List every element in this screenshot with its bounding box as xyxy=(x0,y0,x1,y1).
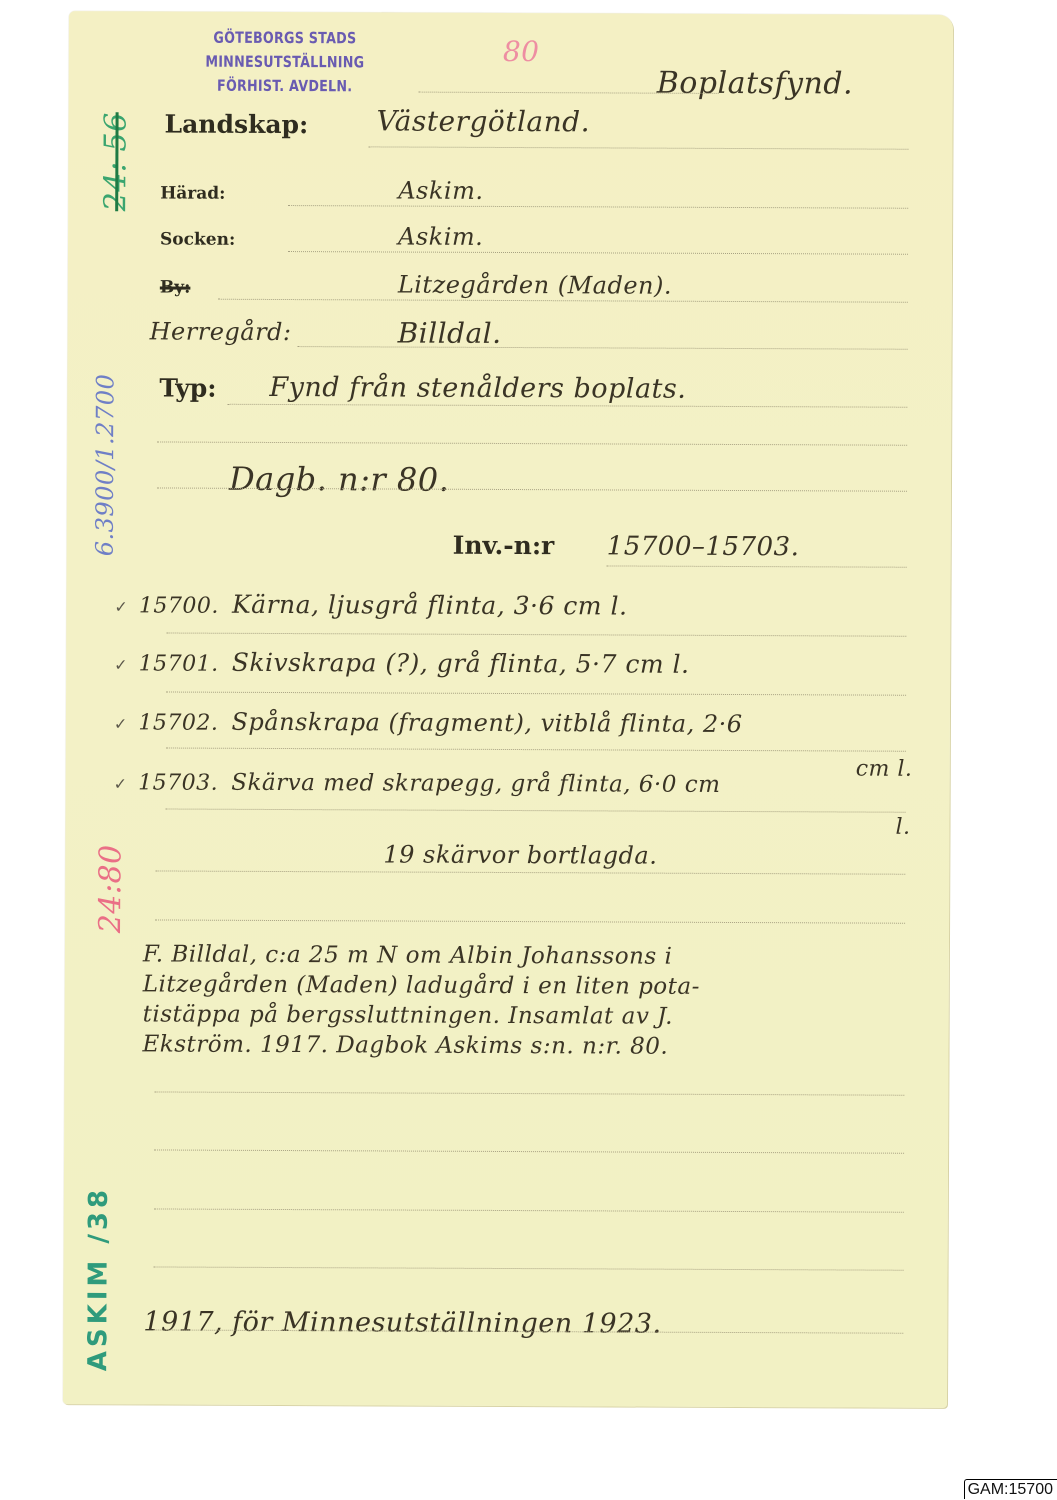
item-text: Spånskrapa (fragment), vitblå flinta, 2·… xyxy=(231,708,742,738)
description-line: Litzegården (Maden) ladugård i en liten … xyxy=(143,969,963,1003)
dotted-line xyxy=(166,633,906,637)
item-number: 15703. xyxy=(138,770,218,795)
dotted-line xyxy=(154,1266,904,1270)
item-number: 15702. xyxy=(138,710,218,735)
check-icon: ✓ xyxy=(114,597,127,616)
item-row: ✓ 15703. Skärva med skrapegg, grå flinta… xyxy=(114,769,954,799)
inventory-label: Inv.-n:r xyxy=(453,531,555,560)
dotted-line xyxy=(155,870,905,874)
discarded-note: 19 skärvor bortlagda. xyxy=(383,840,657,869)
stamp-line-1: GÖTEBORGS STADS xyxy=(186,26,383,51)
item-number: 15701. xyxy=(139,651,219,676)
category-title: Boplatsfynd. xyxy=(657,66,854,102)
item-text: Skivskrapa (?), grå flinta, 5·7 cm l. xyxy=(232,648,690,679)
item-continuation: l. xyxy=(895,815,910,840)
dotted-line xyxy=(166,748,906,752)
item-row: ✓ 15701. Skivskrapa (?), grå flinta, 5·7… xyxy=(114,647,934,680)
dotted-line xyxy=(157,441,907,445)
catalog-id-label: GAM:15700 xyxy=(964,1479,1057,1499)
item-text: Kärna, ljusgrå flinta, 3·6 cm l. xyxy=(232,590,628,621)
dotted-line xyxy=(218,299,908,303)
field-label-typ: Typ: xyxy=(159,373,216,402)
item-row: ✓ 15700. Kärna, ljusgrå flinta, 3·6 cm l… xyxy=(114,589,934,622)
museum-stamp: GÖTEBORGS STADS MINNESUTSTÄLLNING FÖRHIS… xyxy=(186,26,383,99)
dotted-line xyxy=(155,919,905,923)
field-label-harad: Härad: xyxy=(160,183,225,203)
field-value-landskap: Västergötland. xyxy=(376,104,590,138)
dotted-line xyxy=(368,146,908,149)
item-number: 15700. xyxy=(139,593,219,618)
askim-stamp: ASKIM /38 xyxy=(83,1186,114,1371)
dotted-line xyxy=(166,692,906,696)
check-icon: ✓ xyxy=(114,655,127,674)
inventory-range: 15700–15703. xyxy=(607,531,800,562)
field-label-herregard: Herregård: xyxy=(150,317,292,346)
description: F. Billdal, c:a 25 m N om Albin Johansso… xyxy=(142,939,963,1063)
check-icon: ✓ xyxy=(114,714,127,733)
item-row: ✓ 15702. Spånskrapa (fragment), vitblå f… xyxy=(114,707,934,739)
margin-note-blue: 6.3900/1.2700 xyxy=(91,374,120,557)
field-value-socken: Askim. xyxy=(398,223,483,251)
field-label-by: By: xyxy=(160,277,191,297)
field-value-typ: Fynd från stenålders boplats. xyxy=(269,372,686,405)
dotted-line xyxy=(298,346,908,350)
stamp-line-2: MINNESUTSTÄLLNING xyxy=(186,50,383,75)
field-value-by: Litzegården (Maden). xyxy=(398,271,672,300)
dotted-line xyxy=(154,1149,904,1153)
field-value-herregard: Billdal. xyxy=(398,317,502,350)
dagbok-number: Dagb. n:r 80. xyxy=(229,460,449,499)
footer-note: 1917, för Minnesutställningen 1923. xyxy=(143,1306,661,1339)
dotted-line xyxy=(227,404,907,408)
dotted-line xyxy=(154,1208,904,1212)
margin-note-green: 24: 56 xyxy=(98,112,133,211)
stamp-line-3: FÖRHIST. AVDELN. xyxy=(186,74,383,99)
dotted-line xyxy=(607,565,907,567)
dotted-line xyxy=(419,92,719,94)
catalog-card: GÖTEBORGS STADS MINNESUTSTÄLLNING FÖRHIS… xyxy=(63,11,953,1408)
description-line: Ekström. 1917. Dagbok Askims s:n. n:r. 8… xyxy=(142,1029,962,1063)
dotted-line xyxy=(166,809,906,813)
dotted-line xyxy=(288,205,908,209)
field-label-socken: Socken: xyxy=(160,229,235,249)
field-value-harad: Askim. xyxy=(398,177,483,205)
dotted-line xyxy=(154,1091,904,1095)
field-label-landskap: Landskap: xyxy=(164,109,308,139)
description-line: tistäppa på bergssluttningen. Insamlat a… xyxy=(143,999,963,1033)
red-number-top: 80 xyxy=(503,35,540,68)
description-line: F. Billdal, c:a 25 m N om Albin Johansso… xyxy=(143,939,963,973)
margin-note-red: 24:80 xyxy=(93,844,128,933)
dotted-line xyxy=(288,251,908,255)
item-text: Skärva med skrapegg, grå flinta, 6·0 cm xyxy=(231,770,720,798)
check-icon: ✓ xyxy=(114,774,127,793)
